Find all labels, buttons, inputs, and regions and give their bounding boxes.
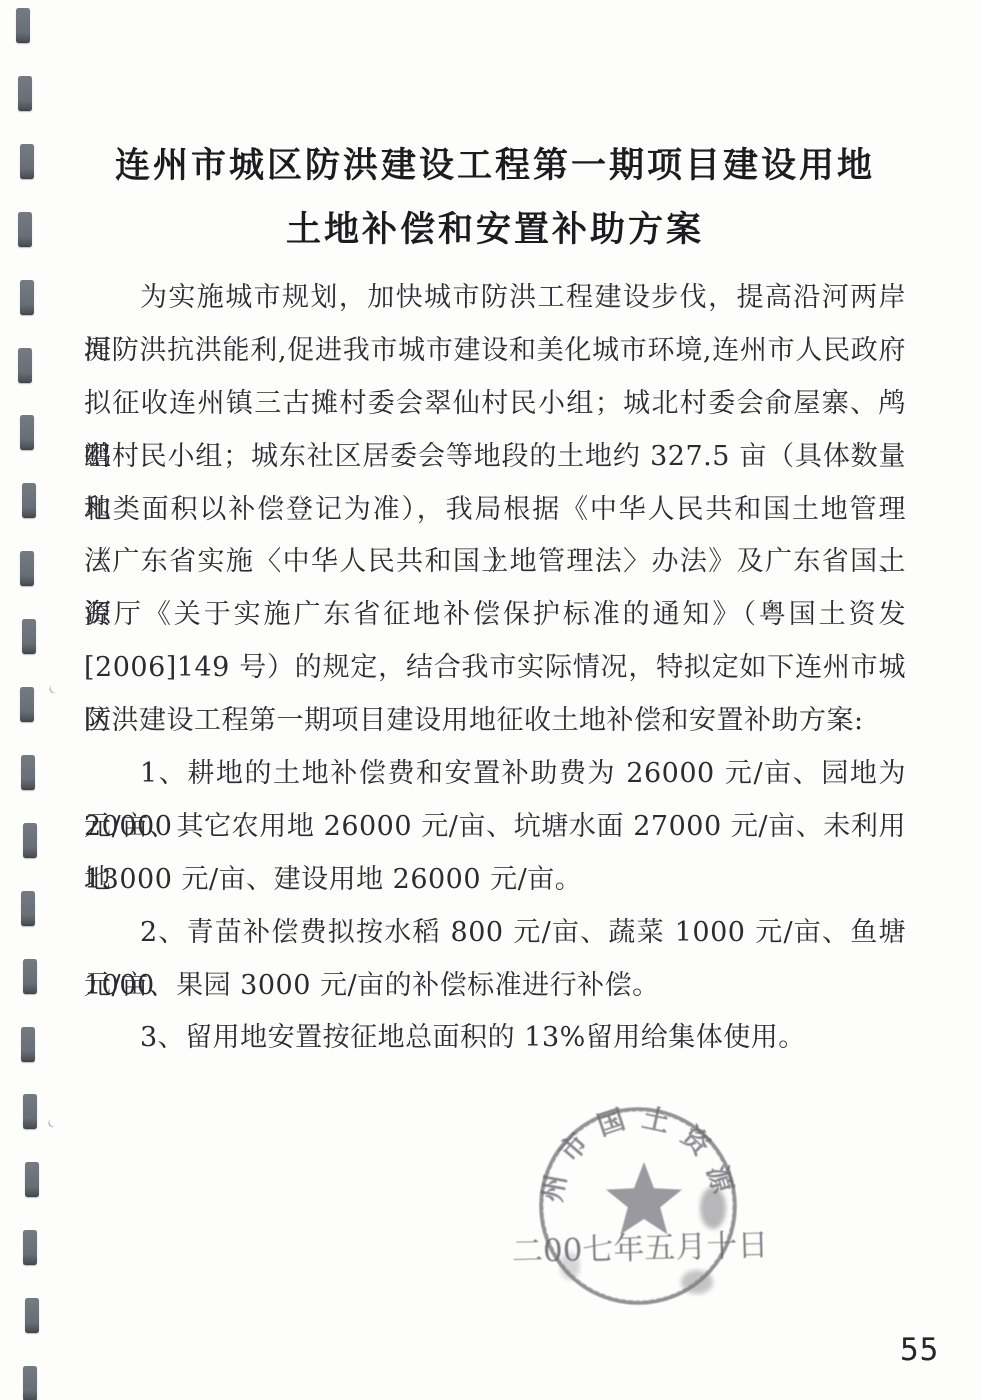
text-line: 1、耕地的土地补偿费和安置补助费为 26000 元/亩、园地为 20000 — [84, 748, 906, 801]
scan-artifact — [46, 1116, 60, 1129]
binding-hole — [16, 8, 30, 43]
text-line: 为实施城市规划，加快城市防洪工程建设步伐，提高沿河两岸河 — [84, 272, 906, 325]
document-title: 连州市城区防洪建设工程第一期项目建设用地 土地补偿和安置补助方案 — [84, 134, 906, 262]
binding-hole — [22, 483, 36, 518]
seal-smudge — [681, 1270, 713, 1294]
text-line: 防洪建设工程第一期项目建设用地征收土地补偿和安置补助方案: — [84, 695, 906, 748]
seal-date-text: 二00七年五月十日 — [512, 1227, 769, 1270]
text-line: 咀村民小组；城东社区居委会等地段的土地约 327.5 亩（具体数量和 — [84, 431, 906, 484]
binding-hole — [23, 959, 37, 994]
title-line-1: 连州市城区防洪建设工程第一期项目建设用地 — [84, 134, 906, 198]
binding-hole — [23, 1230, 37, 1265]
seal-smudge — [700, 1187, 726, 1229]
title-line-2: 土地补偿和安置补助方案 — [84, 198, 906, 262]
binding-hole — [21, 1027, 35, 1062]
text-line: 源厅《关于实施广东省征地补偿保护标准的通知》（粤国土资发 — [84, 589, 906, 642]
text-line: 《广东省实施〈中华人民共和国土地管理法〉办法》及广东省国土资 — [84, 536, 906, 589]
text-line: 元/亩、果园 3000 元/亩的补偿标准进行补偿。 — [84, 960, 906, 1013]
scanned-document-page: { "page": { "number": "55" }, "doc": { "… — [0, 0, 982, 1400]
binding-hole — [22, 619, 36, 654]
binding-hole — [23, 823, 37, 858]
binding-hole — [18, 212, 32, 247]
page-number: 55 — [900, 1332, 939, 1368]
official-seal-stamp: 州市国土资源 二00七年五月十日 — [500, 1066, 780, 1326]
binding-hole — [20, 280, 34, 315]
text-line: 堤防洪抗洪能利,促进我市城市建设和美化城市环境,连州市人民政府 — [84, 325, 906, 378]
binding-hole — [25, 1298, 39, 1333]
scan-artifact — [47, 682, 61, 695]
binding-hole — [20, 415, 34, 450]
text-line: 元/亩、其它农用地 26000 元/亩、坑塘水面 27000 元/亩、未利用地 — [84, 801, 906, 854]
text-line: [2006]149 号）的规定，结合我市实际情况，特拟定如下连州市城区 — [84, 642, 906, 695]
binding-hole — [20, 551, 34, 586]
binding-hole — [23, 1366, 37, 1400]
star-icon — [606, 1162, 682, 1234]
binding-hole — [18, 76, 32, 111]
binding-hole — [20, 687, 34, 722]
text-line: 13000 元/亩、建设用地 26000 元/亩。 — [84, 854, 906, 907]
binding-hole — [21, 755, 35, 790]
text-line: 地类面积以补偿登记为准），我局根据《中华人民共和国土地管理法》、 — [84, 484, 906, 537]
binding-hole — [18, 348, 32, 383]
binding-hole — [20, 144, 34, 179]
text-line: 拟征收连州镇三古摊村委会翠仙村民小组；城北村委会俞屋寨、鸬鹚 — [84, 378, 906, 431]
text-line: 3、留用地安置按征地总面积的 13%留用给集体使用。 — [84, 1012, 906, 1065]
binding-hole — [25, 1162, 39, 1197]
text-line: 2、青苗补偿费拟按水稻 800 元/亩、蔬菜 1000 元/亩、鱼塘 1000 — [84, 907, 906, 960]
binding-hole — [23, 1094, 37, 1129]
binding-hole — [21, 891, 35, 926]
document-body: 为实施城市规划，加快城市防洪工程建设步伐，提高沿河两岸河 堤防洪抗洪能利,促进我… — [84, 272, 906, 1065]
